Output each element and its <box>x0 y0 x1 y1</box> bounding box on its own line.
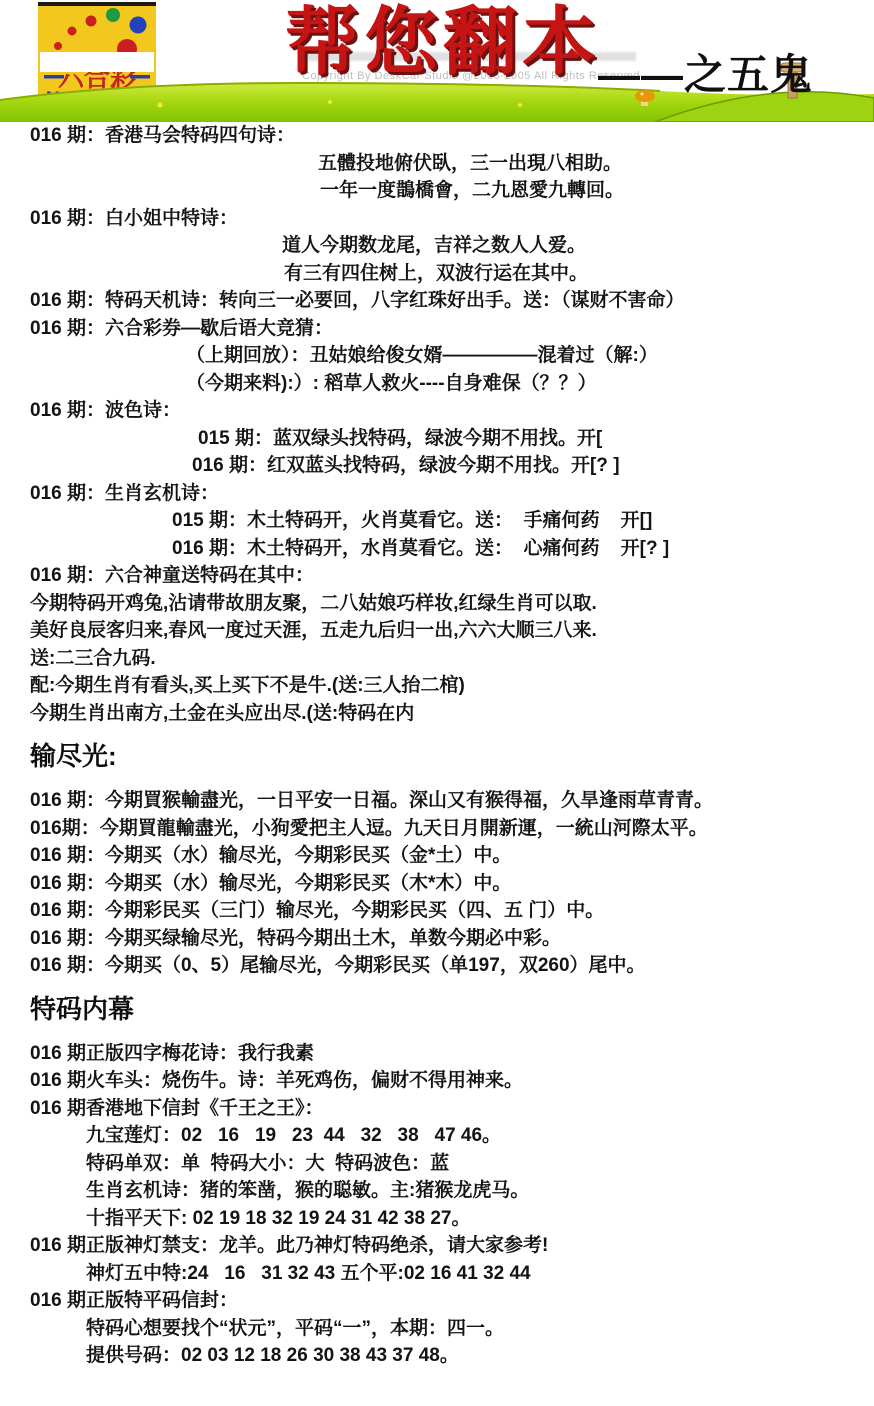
text-line: 016 期火车头：烧伤牛。诗：羊死鸡伤，偏财不得用神来。 <box>30 1067 874 1095</box>
text-line: 016 期：特码天机诗：转向三一必要回，八字红珠好出手。送：（谋财不害命） <box>30 287 874 315</box>
text-line: 016 期：今期买绿输尽光，特码今期出土木，单数今期必中彩。 <box>30 925 874 953</box>
text-line: 道人今期数龙尾，吉祥之数人人爱。 <box>282 232 874 260</box>
text-line: 今期生肖出南方,土金在头应出尽.(送:特码在内 <box>30 700 874 728</box>
text-line: 神灯五中特:24 16 31 32 43 五个平:02 16 41 32 44 <box>86 1260 874 1288</box>
text-line: 十指平天下: 02 19 18 32 19 24 31 42 38 27。 <box>86 1205 874 1233</box>
text-line: （上期回放）：丑姑娘给俊女婿—————混着过（解:） <box>186 342 874 370</box>
text-line: 配:今期生肖有看头,买上买下不是牛.(送:三人抬二棺) <box>30 672 874 700</box>
text-line: 015 期：木土特码开，火肖莫看它。送： 手痛何药 开[] <box>172 507 874 535</box>
text-line: 016 期：生肖玄机诗： <box>30 480 874 508</box>
text-line: 016 期：今期彩民买（三门）输尽光，今期彩民买（四、五 门）中。 <box>30 897 874 925</box>
text-line: 016 期正版四字梅花诗：我行我素 <box>30 1040 874 1068</box>
page: 六合彩 MARK IX Copyright By DeskCar Studio … <box>0 0 874 1406</box>
text-line: 016 期：香港马会特码四句诗： <box>30 122 874 150</box>
text-line: 今期特码开鸡兔,沾请带故朋友聚，二八姑娘巧样妆,红绿生肖可以取. <box>30 590 874 618</box>
content: 016 期：香港马会特码四句诗：五體投地俯伏臥，三一出現八相助。一年一度鵲橋會，… <box>0 122 874 1370</box>
text-line: 016 期：今期買猴輸盡光，一日平安一日福。深山又有猴得福，久旱逢雨草青青。 <box>30 787 874 815</box>
text-line: 016 期香港地下信封《千王之王》： <box>30 1095 874 1123</box>
text-line: 016 期：木土特码开，水肖莫看它。送： 心痛何药 开[? ] <box>172 535 874 563</box>
text-line: 016 期：白小姐中特诗： <box>30 205 874 233</box>
text-line: 提供号码：02 03 12 18 26 30 38 43 37 48。 <box>86 1342 874 1370</box>
text-line: 016期：今期買龍輸盡光，小狗愛把主人逗。九天日月開新運，一統山河際太平。 <box>30 815 874 843</box>
text-line: 015 期：蓝双绿头找特码，绿波今期不用找。开[ <box>198 425 874 453</box>
text-line: 016 期：六合神童送特码在其中： <box>30 562 874 590</box>
text-line: 特码单双：单 特码大小：大 特码波色：蓝 <box>86 1150 874 1178</box>
page-subtitle: ——之五鬼 <box>598 42 813 102</box>
text-line: 生肖玄机诗：猪的笨凿，猴的聪敏。主:猪猴龙虎马。 <box>86 1177 874 1205</box>
text-line: 特码心想要找个“状元”，平码“一”，本期：四一。 <box>86 1315 874 1343</box>
text-line: 美好良辰客归来,春风一度过天涯，五走九后归一出,六六大顺三八来. <box>30 617 874 645</box>
text-line: 有三有四住树上，双波行运在其中。 <box>284 260 874 288</box>
text-line: 016 期正版特平码信封： <box>30 1287 874 1315</box>
text-line: 九宝莲灯：02 16 19 23 44 32 38 47 46。 <box>86 1122 874 1150</box>
text-line: 五體投地俯伏臥，三一出現八相助。 <box>318 150 874 178</box>
page-title: 帮您翻本 <box>285 0 601 90</box>
text-line: 送:二三合九码. <box>30 645 874 673</box>
text-line: 016 期：红双蓝头找特码，绿波今期不用找。开[? ] <box>192 452 874 480</box>
text-line: 016 期：今期买（0、5）尾输尽光，今期彩民买（单197，双260）尾中。 <box>30 952 874 980</box>
text-line: 016 期：六合彩券—歇后语大竞猜： <box>30 315 874 343</box>
section-heading-temaneimu: 特码内幕 <box>30 994 874 1024</box>
text-line: （今期来料):）: 稻草人救火----自身难保（？？） <box>186 370 874 398</box>
section-heading-shujinguang: 输尽光: <box>30 741 874 771</box>
text-line: 016 期正版神灯禁支：龙羊。此乃神灯特码绝杀，请大家参考! <box>30 1232 874 1260</box>
text-line: 一年一度鵲橋會，二九恩愛九轉回。 <box>320 177 874 205</box>
logo-top-border <box>38 2 156 6</box>
text-line: 016 期：今期买（水）输尽光，今期彩民买（木*木）中。 <box>30 870 874 898</box>
text-line: 016 期：今期买（水）输尽光，今期彩民买（金*土）中。 <box>30 842 874 870</box>
text-line: 016 期：波色诗： <box>30 397 874 425</box>
